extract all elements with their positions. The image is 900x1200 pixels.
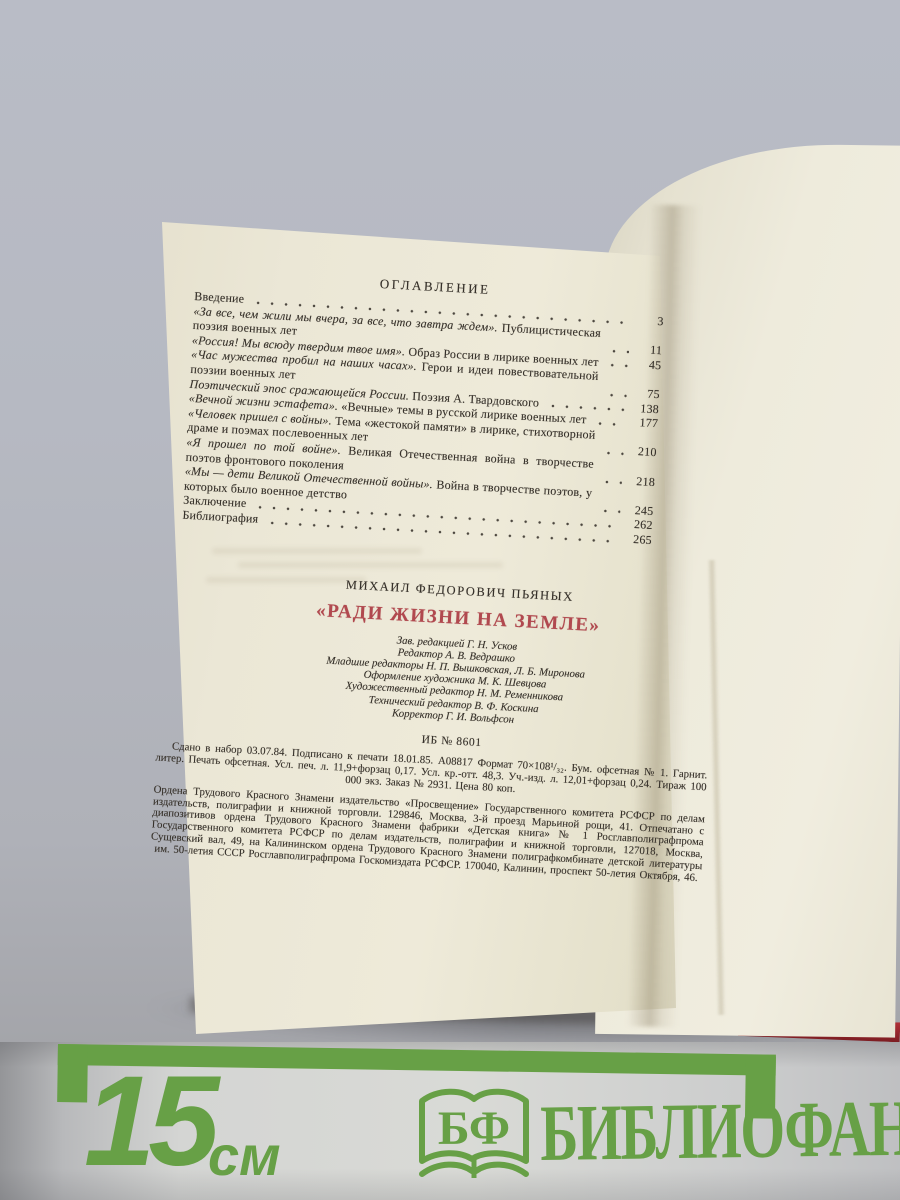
toc-page-number: 210: [628, 444, 657, 460]
dot-leader: [605, 363, 628, 369]
dot-leader: [600, 479, 622, 485]
logo-initials: БФ: [438, 1102, 510, 1155]
toc-page-number: 262: [624, 517, 653, 533]
toc-page-number: 245: [625, 502, 654, 518]
dot-leader: [605, 392, 627, 398]
toc-entries: Введение3«За все, чем жили мы вчера, за …: [182, 289, 664, 548]
toc-page-number: 75: [631, 386, 660, 402]
dot-leader: [601, 450, 623, 456]
ruler-unit-label: см: [208, 1128, 281, 1184]
toc-page-number: 218: [627, 473, 656, 489]
imprint-block: МИХАИЛ ФЕДОРОВИЧ ПЬЯНЫХ «РАДИ ЖИЗНИ НА З…: [217, 571, 695, 761]
toc-page-number: 265: [623, 531, 652, 547]
dot-leader: [598, 508, 620, 514]
printed-page-text: ОГЛАВЛЕНИЕ Введение3«За все, чем жили мы…: [164, 266, 665, 882]
toc-page-number: 11: [634, 342, 663, 358]
bibliofan-wordmark: БИБЛИОФАН: [540, 1089, 900, 1174]
dot-leader: [607, 348, 629, 354]
ruler-measurement: 15: [84, 1058, 212, 1186]
open-book-icon: БФ: [415, 1082, 533, 1194]
dot-leader: [593, 420, 625, 427]
toc-page-number: 3: [635, 313, 664, 329]
toc-entry-text: Библиография: [182, 508, 259, 527]
credits-list: Зав. редакцией Г. Н. УсковРедактор А. В.…: [218, 624, 692, 735]
toc-page-number: 45: [633, 357, 662, 373]
toc-page-number: 138: [631, 400, 660, 416]
toc-page-number: 177: [630, 415, 659, 431]
book-photo: ОГЛАВЛЕНИЕ Введение3«За все, чем жили мы…: [0, 0, 900, 1200]
